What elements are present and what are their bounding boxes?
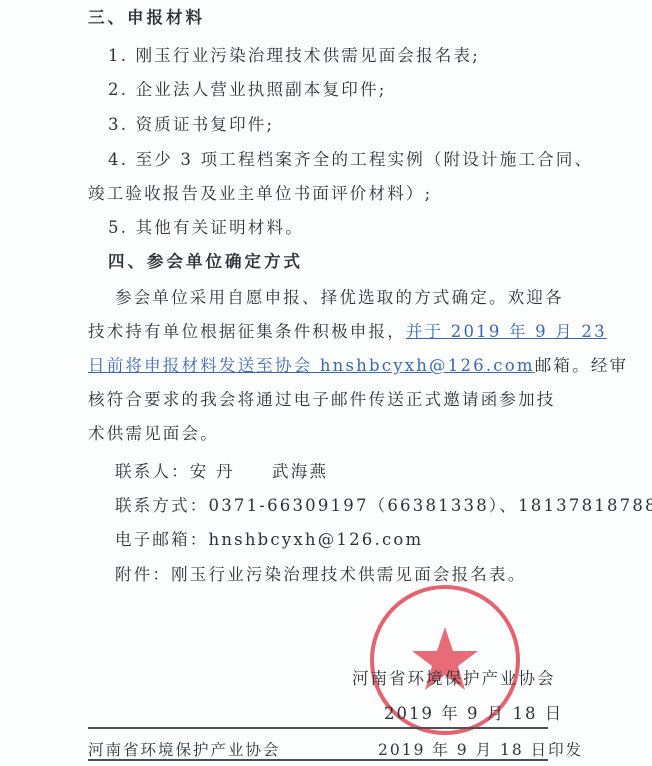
para-text: 技术持有单位根据征集条件积极申报， — [88, 322, 406, 341]
section-4-para-line-2: 技术持有单位根据征集条件积极申报，并于 2019 年 9 月 23 — [88, 322, 607, 342]
material-item-4: 4. 至少 3 项工程档案齐全的工程实例（附设计施工合同、 — [108, 150, 593, 170]
section-4-para-line-3: 日前将申报材料发送至协会 hnshbcyxh@126.com邮箱。经审 — [88, 356, 628, 376]
deadline-link[interactable]: 并于 2019 年 9 月 23 — [406, 322, 607, 341]
deadline-email-link[interactable]: 日前将申报材料发送至协会 hnshbcyxh@126.com — [88, 356, 535, 375]
section-4-heading: 四、参会单位确定方式 — [108, 252, 303, 272]
section-4-para-line-4: 核符合要求的我会将通过电子邮件传送正式邀请函参加技 — [88, 390, 556, 410]
material-item-4-cont: 竣工验收报告及业主单位书面评价材料）; — [88, 184, 432, 204]
contact-person: 联系人：安 丹 武海燕 — [115, 462, 328, 482]
contact-email: 电子邮箱：hnshbcyxh@126.com — [115, 530, 423, 550]
contact-phone: 联系方式：0371-66309197（66381338）、18137818788 — [115, 496, 652, 516]
signature-org: 河南省环境保护产业协会 — [352, 665, 556, 689]
footer-issued-date: 2019 年 9 月 18 日印发 — [378, 738, 583, 760]
footer-org: 河南省环境保护产业协会 — [88, 738, 281, 760]
footer-bottom-rule — [88, 759, 548, 761]
material-item-3: 3. 资质证书复印件; — [108, 115, 274, 135]
section-3-heading: 三、申报材料 — [88, 8, 205, 28]
section-4-para-line-1: 参会单位采用自愿申报、择优选取的方式确定。欢迎各 — [115, 288, 564, 308]
section-4-para-line-5: 术供需见面会。 — [88, 424, 219, 444]
footer-top-rule — [88, 727, 548, 729]
material-item-2: 2. 企业法人营业执照副本复印件; — [108, 80, 386, 100]
material-item-5: 5. 其他有关证明材料。 — [108, 218, 304, 238]
attachment-note: 附件：刚玉行业污染治理技术供需见面会报名表。 — [115, 565, 526, 585]
signature-date: 2019 年 9 月 18 日 — [384, 700, 563, 724]
para-text: 邮箱。经审 — [535, 356, 629, 375]
material-item-1: 1. 刚玉行业污染治理技术供需见面会报名表; — [108, 46, 480, 66]
